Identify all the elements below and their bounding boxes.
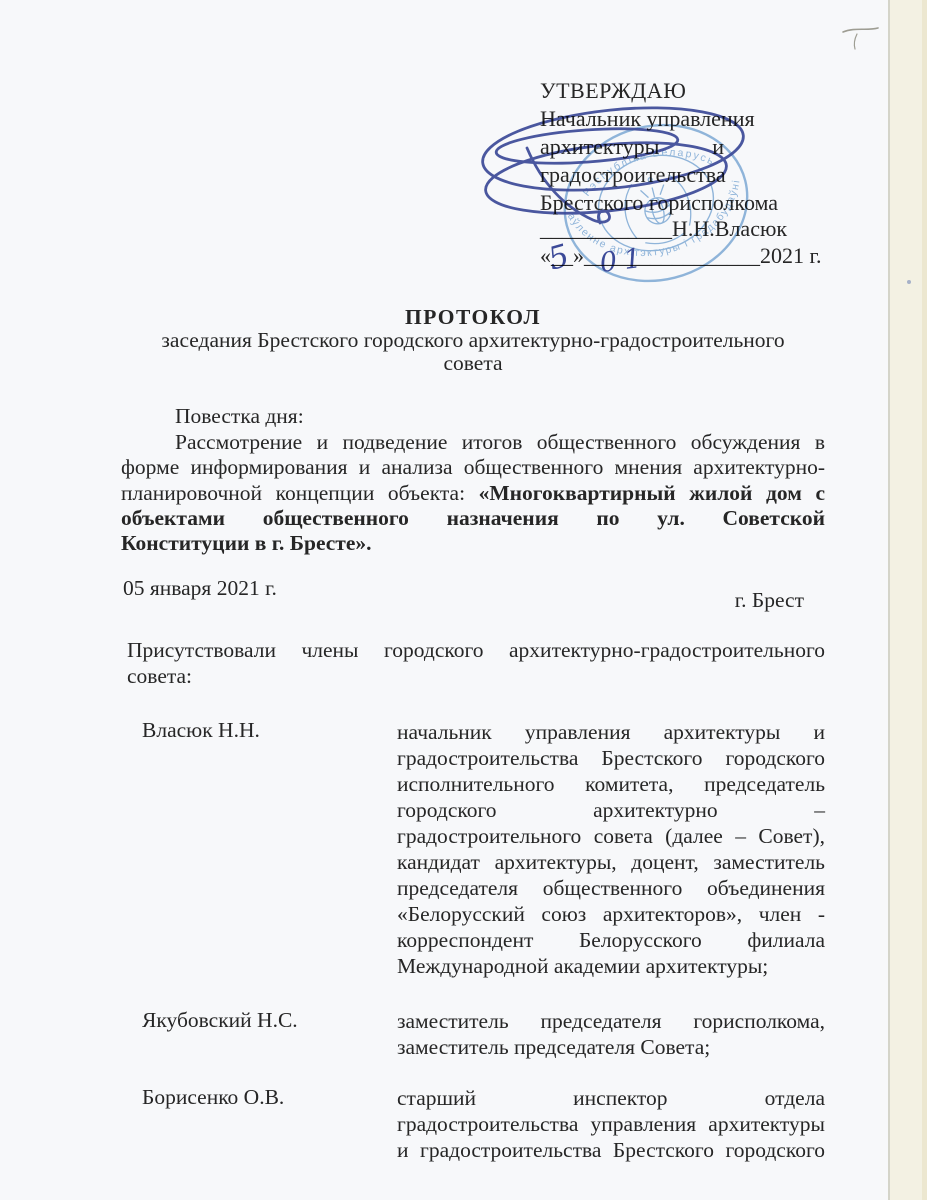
attendees-intro-2: совета: — [127, 663, 192, 689]
approval-line4: Брестского горисполкома — [540, 189, 778, 217]
attendee-desc-line: заместитель председателя Совета; — [397, 1034, 710, 1060]
agenda-line-5: Конституции в г. Бресте». — [121, 530, 372, 556]
agenda-line-3-bold: «Многоквартирный жилой дом с — [479, 481, 825, 505]
attendee-desc-line: председателя общественного объединения — [397, 875, 825, 901]
doc-subtitle-1: заседания Брестского городского архитект… — [121, 329, 825, 352]
attendee-desc-line: Международной академии архитектуры; — [397, 953, 768, 979]
approval-line2: архитектуры и — [540, 133, 724, 161]
approval-line1: Начальник управления — [540, 105, 755, 133]
attendee-name: Власюк Н.Н. — [142, 717, 260, 743]
approval-title: УТВЕРЖДАЮ — [540, 77, 686, 105]
attendee-desc-line: градостроительства Брестского городского — [397, 745, 825, 771]
doc-subtitle-2: совета — [121, 352, 825, 375]
attendee-desc-line: градостроительного совета (далее – Совет… — [397, 823, 825, 849]
year-label: 2021 г. — [760, 243, 822, 268]
approval-line2a: архитектуры — [540, 133, 659, 161]
approval-line3: градостроительства — [540, 161, 726, 189]
agenda-line-4: объектами общественного назначения по ул… — [121, 505, 825, 531]
attendee-desc-line: градостроительства управления архитектур… — [397, 1111, 825, 1137]
attendee-name: Якубовский Н.С. — [142, 1007, 298, 1033]
quote-open: « — [540, 243, 551, 268]
pencil-mark — [843, 28, 878, 49]
attendees-intro-1: Присутствовали члены городского архитект… — [127, 637, 825, 663]
attendee-name: Борисенко О.В. — [142, 1084, 284, 1110]
agenda-line-2: форме информирования и анализа обществен… — [121, 454, 825, 480]
agenda-line-3: планировочной концепции объекта: «Многок… — [121, 480, 825, 506]
document-page: УТВЕРЖДАЮ Начальник управления архитекту… — [0, 0, 927, 1200]
protocol-place: г. Брест — [121, 587, 804, 613]
approval-line2b: и — [712, 133, 724, 161]
attendee-desc-line: и градостроительства Брестского городско… — [397, 1137, 825, 1163]
agenda-line-3-normal: планировочной концепции объекта: — [121, 481, 465, 505]
day-blank: __ — [551, 243, 573, 268]
doc-title: ПРОТОКОЛ — [121, 306, 825, 329]
attendee-desc-line: заместитель председателя горисполкома, — [397, 1008, 825, 1034]
agenda-heading: Повестка дня: — [175, 403, 304, 429]
agenda-line-1: Рассмотрение и подведение итогов обществ… — [175, 429, 825, 455]
attendee-desc-line: городского архитектурно – — [397, 797, 825, 823]
scan-edge-line — [888, 0, 890, 1200]
approval-date-line: «__»________________2021 г. — [540, 242, 822, 270]
attendee-desc-line: кандидат архитектуры, доцент, заместител… — [397, 849, 825, 875]
signature-blank: ____________ — [540, 216, 672, 241]
approval-sign-line: ____________Н.Н.Власюк — [540, 215, 787, 243]
attendee-desc-line: старший инспектор отдела — [397, 1085, 825, 1111]
attendee-desc-line: корреспондент Белорусского филиала — [397, 927, 825, 953]
scan-edge-far — [922, 0, 927, 1200]
attendee-desc-line: «Белорусский союз архитекторов», член - — [397, 901, 825, 927]
attendee-desc-line: начальник управления архитектуры и — [397, 719, 825, 745]
attendee-desc-line: исполнительного комитета, председатель — [397, 771, 825, 797]
quote-close: » — [573, 243, 584, 268]
signer-name: Н.Н.Власюк — [672, 216, 787, 241]
month-blank: ________________ — [584, 243, 760, 268]
